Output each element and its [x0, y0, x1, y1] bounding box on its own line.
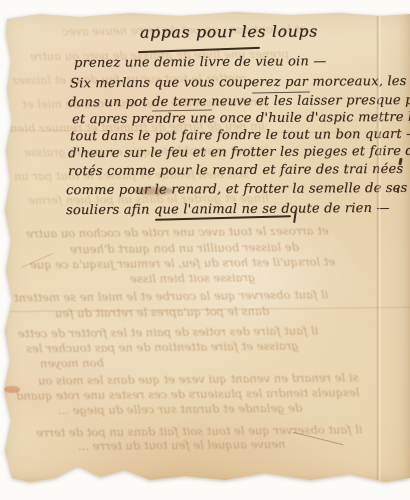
edge-stain — [2, 302, 9, 312]
bleed-line: bon moyen — [40, 356, 104, 371]
manuscript-line: comme pour le renard, et frotter la seme… — [66, 181, 408, 198]
edge-stain — [4, 386, 20, 393]
manuscript-line: Six merlans que vous couperez par morcea… — [70, 74, 410, 92]
manuscript-line: souliers afin que l'animal ne se doute d… — [66, 201, 390, 218]
bleed-line: il faut observer que la courbe et le mie… — [14, 287, 328, 304]
manuscript-title: appas pour les loups — [140, 24, 318, 40]
manuscript-line: rotés comme pour le renard et faire des … — [68, 162, 403, 179]
paper-shadow-wrap: et le tout dans un pot de terre neuve av… — [0, 10, 410, 488]
manuscript-line: prenez une demie livre de vieu oin — — [74, 54, 327, 71]
bleed-line: lesquels tiendra les plusieurs de ces re… — [16, 385, 360, 403]
bleed-line: et lorsqu'il est hors du feu, le remuer … — [30, 254, 335, 271]
stray-ink-mark — [397, 188, 399, 193]
manuscript-line: d'heure sur le feu et en frotter les pie… — [68, 144, 410, 162]
manuscript-line: dans un pot de terre neuve et les laisse… — [68, 93, 410, 111]
bleed-line: graisse soit bien lisse — [130, 270, 255, 285]
bleed-line: de laisser bouillir un bon quart d'heure — [70, 240, 299, 256]
edge-stain — [1, 340, 6, 347]
bleed-line: de gelande et durant sur celle du piege … — [58, 401, 302, 418]
bleed-line: neuve auquel le feu tout du terre ... — [78, 437, 286, 453]
manuscript-line: et apres prendre une once d'huile d'aspi… — [72, 110, 410, 127]
vertical-fold-crease — [376, 10, 381, 488]
edge-stain — [1, 235, 7, 243]
photo-of-manuscript: et le tout dans un pot de terre neuve av… — [0, 0, 410, 500]
bleed-line: graisse et faire attention de ne pas tou… — [26, 339, 299, 356]
ink-smudge — [134, 187, 174, 195]
bleed-line: et arrosez le tout avec une rotie de coc… — [26, 223, 329, 240]
manuscript-paper: et le tout dans un pot de terre neuve av… — [0, 10, 410, 488]
